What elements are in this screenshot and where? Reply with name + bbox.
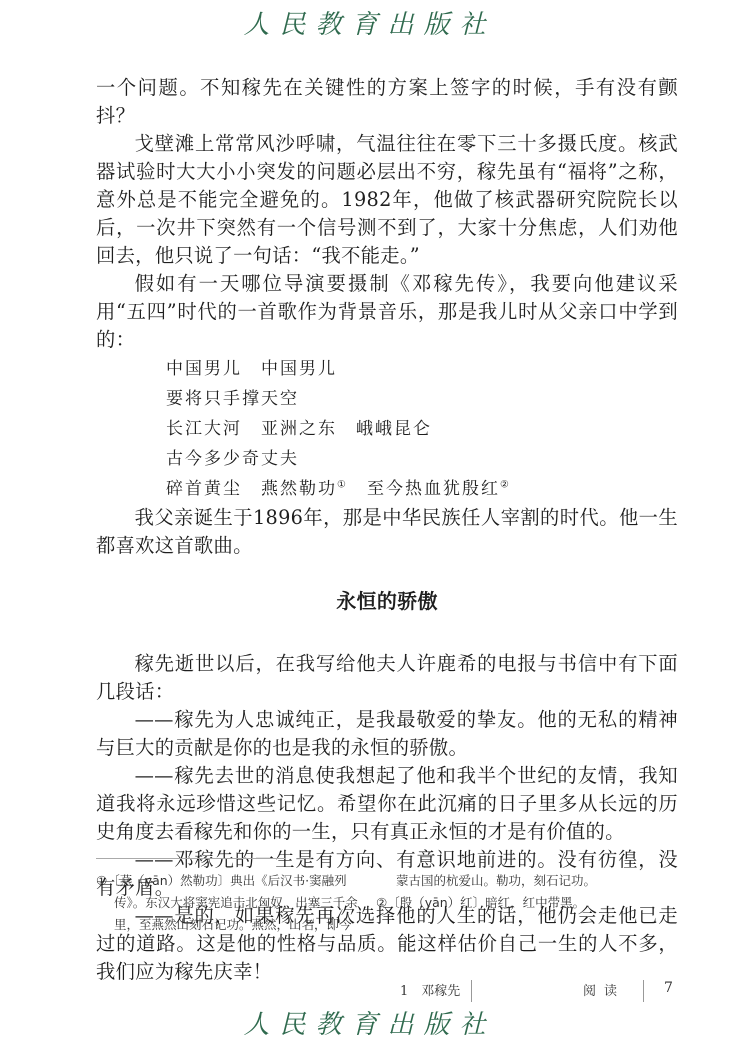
footnote-ref-2[interactable]: ②	[500, 479, 511, 490]
paragraph: 我父亲诞生于1896年，那是中华民族任人宰割的时代。他一生都喜欢这首歌曲。	[96, 504, 678, 560]
song-line: 碎首黄尘 燕然勒功① 至今热血犹殷红②	[96, 474, 678, 504]
footer-section-label: 阅读	[583, 980, 625, 999]
footer-divider	[643, 980, 644, 1002]
footer-unit-label: 1 邓稼先	[400, 980, 460, 999]
song-lyrics: 中国男儿 中国男儿 要将只手撑天空 长江大河 亚洲之东 峨峨昆仑 古今多少奇丈夫…	[96, 354, 678, 504]
paragraph: 稼先逝世以后，在我写给他夫人许鹿希的电报与书信中有下面几段话：	[96, 650, 678, 706]
section-title: 永恒的骄傲	[96, 586, 678, 616]
footnote-line: ②〔殷（yān）红〕暗红，红中带黑。	[376, 892, 676, 914]
footnotes-left-column: ①〔燕（yān）然勒功〕典出《后汉书·窦融列 传》。东汉大将窦宪追击北匈奴，出塞…	[96, 870, 358, 936]
footer-divider	[471, 980, 472, 1002]
footnotes-right-column: 蒙古国的杭爱山。勒功，刻石记功。 ②〔殷（yān）红〕暗红，红中带黑。	[376, 870, 676, 914]
publisher-logo-bottom: 人民教育出版社	[0, 1004, 739, 1041]
footnote-ref-1[interactable]: ①	[337, 479, 348, 490]
page-number: 7	[664, 980, 673, 996]
paragraph: ——稼先为人忠诚纯正，是我最敬爱的挚友。他的无私的精神与巨大的贡献是你的也是我的…	[96, 706, 678, 762]
song-line: 中国男儿 中国男儿	[96, 354, 678, 384]
main-text: 一个问题。不知稼先在关键性的方案上签字的时候，手有没有颤抖？ 戈壁滩上常常风沙呼…	[96, 74, 678, 986]
song-line: 古今多少奇丈夫	[96, 444, 678, 474]
paragraph: 戈壁滩上常常风沙呼啸，气温往往在零下三十多摄氏度。核武器试验时大大小小突发的问题…	[96, 130, 678, 270]
footnote-line: ①〔燕（yān）然勒功〕典出《后汉书·窦融列	[96, 870, 358, 892]
song-line: 长江大河 亚洲之东 峨峨昆仑	[96, 414, 678, 444]
footnote-divider	[96, 858, 286, 859]
footnote-line: 蒙古国的杭爱山。勒功，刻石记功。	[376, 870, 676, 892]
song-line-part: 碎首黄尘 燕然勒功	[166, 479, 337, 499]
footnote-line: 传》。东汉大将窦宪追击北匈奴，出塞三千余	[96, 892, 358, 914]
publisher-logo-top: 人民教育出版社	[0, 4, 739, 41]
paragraph: ——稼先去世的消息使我想起了他和我半个世纪的友情，我知道我将永远珍惜这些记忆。希…	[96, 762, 678, 846]
paragraph: 一个问题。不知稼先在关键性的方案上签字的时候，手有没有颤抖？	[96, 74, 678, 130]
paragraph: 假如有一天哪位导演要摄制《邓稼先传》，我要向他建议采用“五四”时代的一首歌作为背…	[96, 270, 678, 354]
song-line: 要将只手撑天空	[96, 384, 678, 414]
song-line-part: 至今热血犹殷红	[348, 479, 500, 499]
footnote-line: 里，至燕然山刻石记功。燕然，山名，即今	[96, 914, 358, 936]
